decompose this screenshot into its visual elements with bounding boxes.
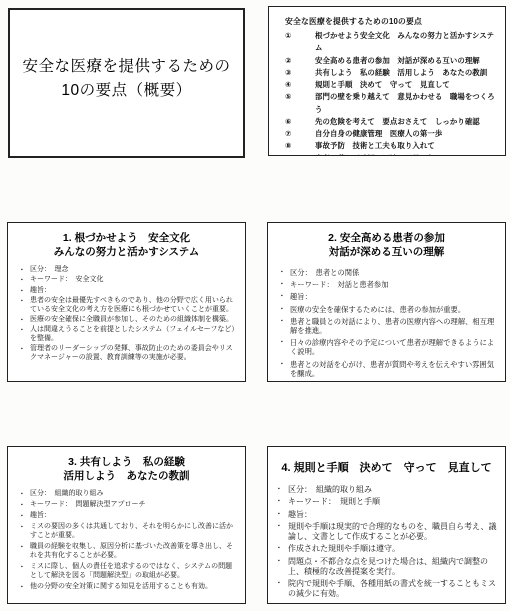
bullet-marker: ▪ [281, 360, 283, 369]
bullet-marker: ▪ [278, 485, 280, 495]
bullet-marker: ▪ [21, 326, 23, 335]
bullet-item: ▪職員の経験を収集し、原因分析に基づいた改善策を導き出し、それを共有化することが… [21, 543, 237, 560]
bullet-text: 区分： 理念 [30, 266, 237, 275]
bullet-list: ▪区分： 組織的取り組み ▪キーワード： 規則と手順 ▪趣旨： ▪規則や手順は現… [278, 485, 500, 600]
item-text: 根づかせよう安全文化 みんなの努力と活かすシステム [315, 30, 500, 55]
bullet-marker: ▪ [278, 544, 280, 554]
bullet-item: ▪キーワード： 規則と手順 [278, 497, 500, 507]
bullet-text: 他の分野の安全対策に関する知見を活用することも有効。 [30, 583, 237, 592]
bullet-marker: ▪ [21, 266, 23, 275]
bullet-text: 趣旨： [288, 510, 500, 520]
overview-item: ①根づかせよう安全文化 みんなの努力と活かすシステム [285, 30, 500, 55]
overview-item: ③共有しよう 私の経験 活用しよう あなたの教訓 [285, 67, 500, 79]
slide-cover: 安全な医療を提供するための 10の要点（概要） [8, 8, 245, 158]
bullet-marker: ▪ [281, 338, 283, 347]
bullet-marker: ▪ [278, 522, 280, 532]
item-text: 部門の壁を乗り越えて 意見かわせる 職場をつくろう [315, 91, 500, 116]
overview-item: ②安全高める患者の参加 対話が深める互いの理解 [285, 55, 500, 67]
slide-title-line1: 2. 安全高める患者の参加 [268, 232, 505, 246]
item-number: ⑥ [285, 116, 315, 128]
item-text: 安全高める患者の参加 対話が深める互いの理解 [315, 55, 500, 67]
bullet-list: ▪区分： 患者との関係 ▪キーワード： 対話と患者参加 ▪趣旨： ▪医療の安全を… [281, 268, 497, 378]
bullet-text: キーワード： 問題解決型アプローチ [30, 501, 237, 510]
slide-title: 2. 安全高める患者の参加 対話が深める互いの理解 [268, 232, 505, 259]
slide-title-line1: 3. 共有しよう 私の経験 [8, 456, 245, 470]
item-number: ⑤ [285, 91, 315, 116]
bullet-item: ▪作成された規則や手順は遵守。 [278, 544, 500, 554]
bullet-text: 患者との対話を心がけ、患者が質問や考えを伝えやすい雰囲気を醸成。 [290, 360, 497, 378]
bullet-marker: ▪ [281, 292, 283, 301]
item-text: 事故予防 技術と工夫も取り入れて [315, 140, 500, 152]
bullet-text: 医療の安全を確保するためには、患者の参加が重要。 [290, 305, 497, 314]
bullet-marker: ▪ [21, 490, 23, 499]
bullet-marker: ▪ [21, 512, 23, 521]
bullet-marker: ▪ [281, 268, 283, 277]
slide-point1: 1. 根づかせよう 安全文化 みんなの努力と活かすシステム ▪区分： 理念 ▪キ… [7, 222, 246, 382]
cover-title-line1: 安全な医療を提供するための [22, 55, 230, 79]
item-number: ⑧ [285, 140, 315, 152]
bullet-text: 作成された規則や手順は遵守。 [288, 544, 500, 554]
bullet-text: 院内で規則や手順、各種用紙の書式を統一することもミスの減少に有効。 [288, 579, 500, 599]
bullet-item: ▪区分： 患者との関係 [281, 268, 497, 277]
overview-item: ⑧事故予防 技術と工夫も取り入れて [285, 140, 500, 152]
bullet-text: 医療の安全確保に全職員が参加し、そのための組織体制を構築。 [30, 316, 237, 325]
item-text: 自分自身の健康管理 医療人の第一歩 [315, 128, 500, 140]
bullet-text: 患者と職員との対話により、患者の医療内容への理解、相互理解を推進。 [290, 317, 497, 335]
bullet-item: ▪趣旨： [281, 292, 497, 301]
bullet-item: ▪患者と職員との対話により、患者の医療内容への理解、相互理解を推進。 [281, 317, 497, 335]
bullet-item: ▪区分： 理念 [21, 266, 237, 275]
bullet-item: ▪趣旨： [21, 512, 237, 521]
bullet-text: ミスの要因の多くは共通しており、それを明らかにし改善に活かすことが重要。 [30, 523, 237, 540]
slide-title-line1: 1. 根づかせよう 安全文化 [8, 232, 245, 246]
bullet-list: ▪区分： 組織的取り組み ▪キーワード： 問題解決型アプローチ ▪趣旨： ▪ミス… [21, 490, 237, 591]
bullet-item: ▪趣旨： [278, 510, 500, 520]
bullet-item: ▪趣旨： [21, 287, 237, 296]
bullet-marker: ▪ [21, 543, 23, 552]
bullet-item: ▪キーワード： 安全文化 [21, 276, 237, 285]
overview-item: ⑦自分自身の健康管理 医療人の第一歩 [285, 128, 500, 140]
bullet-text: ミスに際し、個人の責任を追求するのではなく、システムの問題として解決を図る「問題… [30, 563, 237, 580]
bullet-item: ▪キーワード： 問題解決型アプローチ [21, 501, 237, 510]
bullet-text: 日々の診療内容やその予定について患者が理解できるようによく説明。 [290, 338, 497, 356]
slide-point4: 4. 規則と手順 決めて 守って 見直して ▪区分： 組織的取り組み ▪キーワー… [267, 446, 506, 604]
bullet-marker: ▪ [278, 510, 280, 520]
bullet-marker: ▪ [21, 563, 23, 572]
slide-point2: 2. 安全高める患者の参加 対話が深める互いの理解 ▪区分： 患者との関係 ▪キ… [267, 222, 506, 382]
item-text: 患者と薬を再確認 用法・用量 気をつけて [315, 153, 500, 157]
bullet-text: 規則や手順は現実的で合理的なものを、職員自ら考え、議論し、文書として作成すること… [288, 522, 500, 542]
bullet-marker: ▪ [278, 557, 280, 567]
slide-title: 4. 規則と手順 決めて 守って 見直して [268, 462, 505, 476]
slide-overview: 安全な医療を提供するための10の要点 ①根づかせよう安全文化 みんなの努力と活か… [268, 6, 506, 156]
bullet-item: ▪区分： 組織的取り組み [21, 490, 237, 499]
bullet-marker: ▪ [281, 317, 283, 326]
cover-title-line2: 10の要点（概要） [22, 79, 230, 103]
bullet-text: キーワード： 安全文化 [30, 276, 237, 285]
bullet-item: ▪医療の安全を確保するためには、患者の参加が重要。 [281, 305, 497, 314]
overview-item: ⑥先の危険を考えて 要点おさえて しっかり確認 [285, 116, 500, 128]
bullet-marker: ▪ [21, 276, 23, 285]
bullet-text: キーワード： 対話と患者参加 [290, 280, 497, 289]
overview-item: ⑤部門の壁を乗り越えて 意見かわせる 職場をつくろう [285, 91, 500, 116]
bullet-text: 趣旨： [30, 287, 237, 296]
slide-title-line2: 対話が深める互いの理解 [268, 246, 505, 260]
bullet-item: ▪管理者のリーダーシップの発揮、事故防止のための委員会やリスクマネージャーの設置… [21, 345, 237, 362]
bullet-marker: ▪ [21, 523, 23, 532]
slide-title-line2: 活用しよう あなたの教訓 [8, 470, 245, 484]
bullet-text: 区分： 組織的取り組み [288, 485, 500, 495]
bullet-marker: ▪ [21, 287, 23, 296]
item-number: ④ [285, 79, 315, 91]
handout-sheet: 安全な医療を提供するための 10の要点（概要） 安全な医療を提供するための10の… [0, 0, 510, 611]
bullet-text: 人は間違えうることを前提としたシステム（フェイルセーフなど）を整備。 [30, 326, 237, 343]
bullet-marker: ▪ [21, 345, 23, 354]
bullet-item: ▪院内で規則や手順、各種用紙の書式を統一することもミスの減少に有効。 [278, 579, 500, 599]
bullet-marker: ▪ [21, 316, 23, 325]
bullet-text: 管理者のリーダーシップの発揮、事故防止のための委員会やリスクマネージャーの設置、… [30, 345, 237, 362]
bullet-item: ▪医療の安全確保に全職員が参加し、そのための組織体制を構築。 [21, 316, 237, 325]
overview-heading: 安全な医療を提供するための10の要点 [285, 16, 500, 28]
bullet-marker: ▪ [278, 497, 280, 507]
item-text: 共有しよう 私の経験 活用しよう あなたの教訓 [315, 67, 500, 79]
slide-point3: 3. 共有しよう 私の経験 活用しよう あなたの教訓 ▪区分： 組織的取り組み … [7, 446, 246, 604]
bullet-item: ▪患者の安全は最優先すべきものであり、他の分野で広く用いられている安全文化の考え… [21, 297, 237, 314]
bullet-item: ▪ミスに際し、個人の責任を追求するのではなく、システムの問題として解決を図る「問… [21, 563, 237, 580]
bullet-item: ▪他の分野の安全対策に関する知見を活用することも有効。 [21, 583, 237, 592]
bullet-item: ▪キーワード： 対話と患者参加 [281, 280, 497, 289]
item-number: ⑨ [285, 153, 315, 157]
bullet-item: ▪ミスの要因の多くは共通しており、それを明らかにし改善に活かすことが重要。 [21, 523, 237, 540]
bullet-marker: ▪ [281, 280, 283, 289]
bullet-item: ▪日々の診療内容やその予定について患者が理解できるようによく説明。 [281, 338, 497, 356]
bullet-list: ▪区分： 理念 ▪キーワード： 安全文化 ▪趣旨： ▪患者の安全は最優先すべきも… [21, 266, 237, 363]
item-text: 規則と手順 決めて 守って 見直して [315, 79, 500, 91]
item-number: ② [285, 55, 315, 67]
slide-title: 1. 根づかせよう 安全文化 みんなの努力と活かすシステム [8, 232, 245, 259]
item-number: ① [285, 30, 315, 55]
bullet-marker: ▪ [21, 297, 23, 306]
bullet-item: ▪規則や手順は現実的で合理的なものを、職員自ら考え、議論し、文書として作成するこ… [278, 522, 500, 542]
overview-item: ④規則と手順 決めて 守って 見直して [285, 79, 500, 91]
bullet-text: 趣旨： [30, 512, 237, 521]
bullet-marker: ▪ [21, 501, 23, 510]
bullet-text: 趣旨： [290, 292, 497, 301]
bullet-marker: ▪ [278, 579, 280, 589]
item-number: ⑦ [285, 128, 315, 140]
slide-title-line1: 4. 規則と手順 決めて 守って 見直して [268, 462, 505, 476]
bullet-marker: ▪ [21, 583, 23, 592]
bullet-text: キーワード： 規則と手順 [288, 497, 500, 507]
item-text: 先の危険を考えて 要点おさえて しっかり確認 [315, 116, 500, 128]
bullet-text: 職員の経験を収集し、原因分析に基づいた改善策を導き出し、それを共有化することが必… [30, 543, 237, 560]
bullet-item: ▪患者との対話を心がけ、患者が質問や考えを伝えやすい雰囲気を醸成。 [281, 360, 497, 378]
slide-title: 3. 共有しよう 私の経験 活用しよう あなたの教訓 [8, 456, 245, 483]
bullet-item: ▪区分： 組織的取り組み [278, 485, 500, 495]
bullet-item: ▪問題点・不都合な点を見つけた場合は、組織内で調整の上、積極的な改善提案を実行。 [278, 557, 500, 577]
slide-title-line2: みんなの努力と活かすシステム [8, 246, 245, 260]
bullet-marker: ▪ [281, 305, 283, 314]
bullet-text: 問題点・不都合な点を見つけた場合は、組織内で調整の上、積極的な改善提案を実行。 [288, 557, 500, 577]
overview-item: ⑨患者と薬を再確認 用法・用量 気をつけて [285, 153, 500, 157]
overview-list: ①根づかせよう安全文化 みんなの努力と活かすシステム ②安全高める患者の参加 対… [285, 30, 500, 156]
item-number: ③ [285, 67, 315, 79]
cover-title: 安全な医療を提供するための 10の要点（概要） [22, 55, 230, 103]
bullet-text: 患者の安全は最優先すべきものであり、他の分野で広く用いられている安全文化の考え方… [30, 297, 237, 314]
bullet-text: 区分： 組織的取り組み [30, 490, 237, 499]
bullet-item: ▪人は間違えうることを前提としたシステム（フェイルセーフなど）を整備。 [21, 326, 237, 343]
bullet-text: 区分： 患者との関係 [290, 268, 497, 277]
